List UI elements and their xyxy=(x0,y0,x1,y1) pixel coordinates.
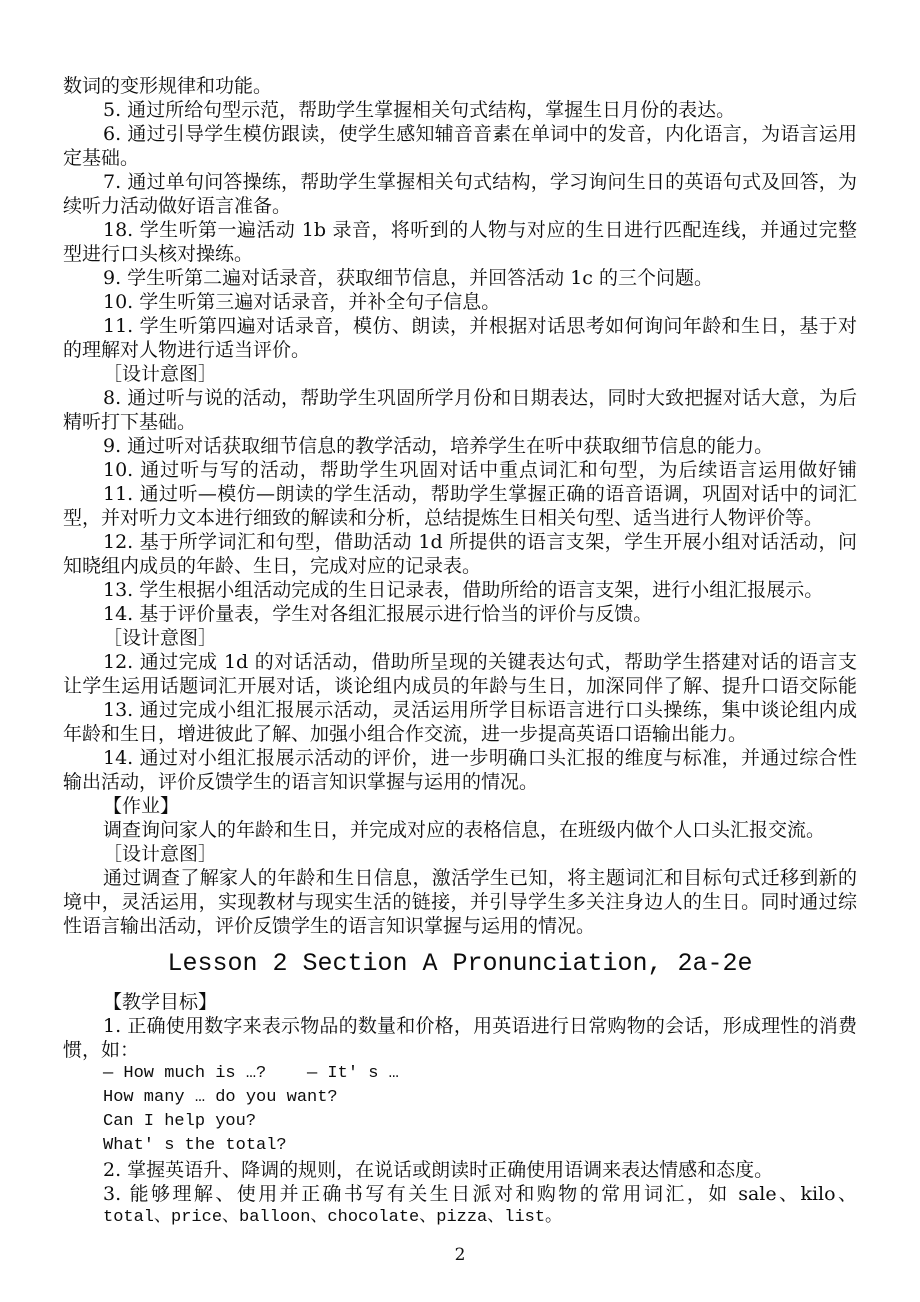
text-line: 12. 基于所学词汇和句型，借助活动 1d 所提供的语言支架，学生开展小组对话活… xyxy=(63,530,857,554)
text-line: 14. 基于评价量表，学生对各组汇报展示进行恰当的评价与反馈。 xyxy=(63,602,857,626)
text-line: 1. 正确使用数字来表示物品的数量和价格，用英语进行日常购物的会话，形成理性的消… xyxy=(63,1014,857,1038)
text-line: 年龄和生日，增进彼此了解、加强小组合作交流，进一步提高英语口语输出能力。 xyxy=(63,722,857,746)
text-line: 14. 通过对小组汇报展示活动的评价，进一步明确口头汇报的维度与标准，并通过综合… xyxy=(63,746,857,770)
text-line: 11. 通过听—模仿—朗读的学生活动，帮助学生掌握正确的语音语调，巩固对话中的词… xyxy=(63,482,857,506)
text-line: 的理解对人物进行适当评价。 xyxy=(63,338,857,362)
document-page: 数词的变形规律和功能。5. 通过所给句型示范，帮助学生掌握相关句式结构，掌握生日… xyxy=(0,0,920,1302)
text-line: 8. 通过听与说的活动，帮助学生巩固所学月份和日期表达，同时大致把握对话大意，为… xyxy=(63,386,857,410)
text-line: 调查询问家人的年龄和生日，并完成对应的表格信息，在班级内做个人口头汇报交流。 xyxy=(63,818,857,842)
text-line: 5. 通过所给句型示范，帮助学生掌握相关句式结构，掌握生日月份的表达。 xyxy=(63,98,857,122)
section-heading: Lesson 2 Section A Pronunciation, 2a-2e xyxy=(63,938,857,990)
text-line: 型进行口头核对操练。 xyxy=(63,242,857,266)
text-line: 定基础。 xyxy=(63,146,857,170)
text-line: 3. 能够理解、使用并正确书写有关生日派对和购物的常用词汇，如 sale、kil… xyxy=(63,1182,857,1206)
text-line: total、price、balloon、chocolate、pizza、list… xyxy=(63,1206,857,1230)
text-line: 13. 通过完成小组汇报展示活动，灵活运用所学目标语言进行口头操练，集中谈论组内… xyxy=(63,698,857,722)
text-line: 10. 通过听与写的活动，帮助学生巩固对话中重点词汇和句型，为后续语言运用做好铺… xyxy=(63,458,857,482)
text-line: 通过调查了解家人的年龄和生日信息，激活学生已知，将主题词汇和目标句式迁移到新的语 xyxy=(63,866,857,890)
text-line: ［设计意图］ xyxy=(63,842,857,866)
text-line: 18. 学生听第一遍活动 1b 录音，将听到的人物与对应的生日进行匹配连线，并通… xyxy=(63,218,857,242)
text-line: Can I help you? xyxy=(63,1110,857,1134)
text-line: 2. 掌握英语升、降调的规则，在说话或朗读时正确使用语调来表达情感和态度。 xyxy=(63,1158,857,1182)
text-line: 性语言输出活动，评价反馈学生的语言知识掌握与运用的情况。 xyxy=(63,914,857,938)
text-line: 续听力活动做好语言准备。 xyxy=(63,194,857,218)
text-line: ［设计意图］ xyxy=(63,626,857,650)
text-line: 数词的变形规律和功能。 xyxy=(63,74,857,98)
text-line: 7. 通过单句问答操练，帮助学生掌握相关句式结构，学习询问生日的英语句式及回答，… xyxy=(63,170,857,194)
document-body: 数词的变形规律和功能。5. 通过所给句型示范，帮助学生掌握相关句式结构，掌握生日… xyxy=(63,74,857,1230)
text-line: — How much is …? — It' s … xyxy=(63,1062,857,1086)
text-line: ［设计意图］ xyxy=(63,362,857,386)
text-line: 惯，如： xyxy=(63,1038,857,1062)
text-line: What' s the total? xyxy=(63,1134,857,1158)
text-line: 让学生运用话题词汇开展对话，谈论组内成员的年龄与生日，加深同伴了解、提升口语交际… xyxy=(63,674,857,698)
text-line: 【教学目标】 xyxy=(63,990,857,1014)
text-line: 输出活动，评价反馈学生的语言知识掌握与运用的情况。 xyxy=(63,770,857,794)
text-line: How many … do you want? xyxy=(63,1086,857,1110)
text-line: 型，并对听力文本进行细致的解读和分析，总结提炼生日相关句型、适当进行人物评价等。 xyxy=(63,506,857,530)
page-number: 2 xyxy=(0,1244,920,1266)
text-line: 【作业】 xyxy=(63,794,857,818)
text-line: 9. 学生听第二遍对话录音，获取细节信息，并回答活动 1c 的三个问题。 xyxy=(63,266,857,290)
text-line: 境中，灵活运用，实现教材与现实生活的链接，并引导学生多关注身边人的生日。同时通过… xyxy=(63,890,857,914)
text-line: 知晓组内成员的年龄、生日，完成对应的记录表。 xyxy=(63,554,857,578)
text-line: 10. 学生听第三遍对话录音，并补全句子信息。 xyxy=(63,290,857,314)
text-line: 11. 学生听第四遍对话录音，模仿、朗读，并根据对话思考如何询问年龄和生日，基于… xyxy=(63,314,857,338)
text-line: 9. 通过听对话获取细节信息的教学活动，培养学生在听中获取细节信息的能力。 xyxy=(63,434,857,458)
text-line: 6. 通过引导学生模仿跟读，使学生感知辅音音素在单词中的发音，内化语言，为语言运… xyxy=(63,122,857,146)
text-line: 13. 学生根据小组活动完成的生日记录表，借助所给的语言支架，进行小组汇报展示。 xyxy=(63,578,857,602)
text-line: 12. 通过完成 1d 的对话活动，借助所呈现的关键表达句式，帮助学生搭建对话的… xyxy=(63,650,857,674)
text-line: 精听打下基础。 xyxy=(63,410,857,434)
